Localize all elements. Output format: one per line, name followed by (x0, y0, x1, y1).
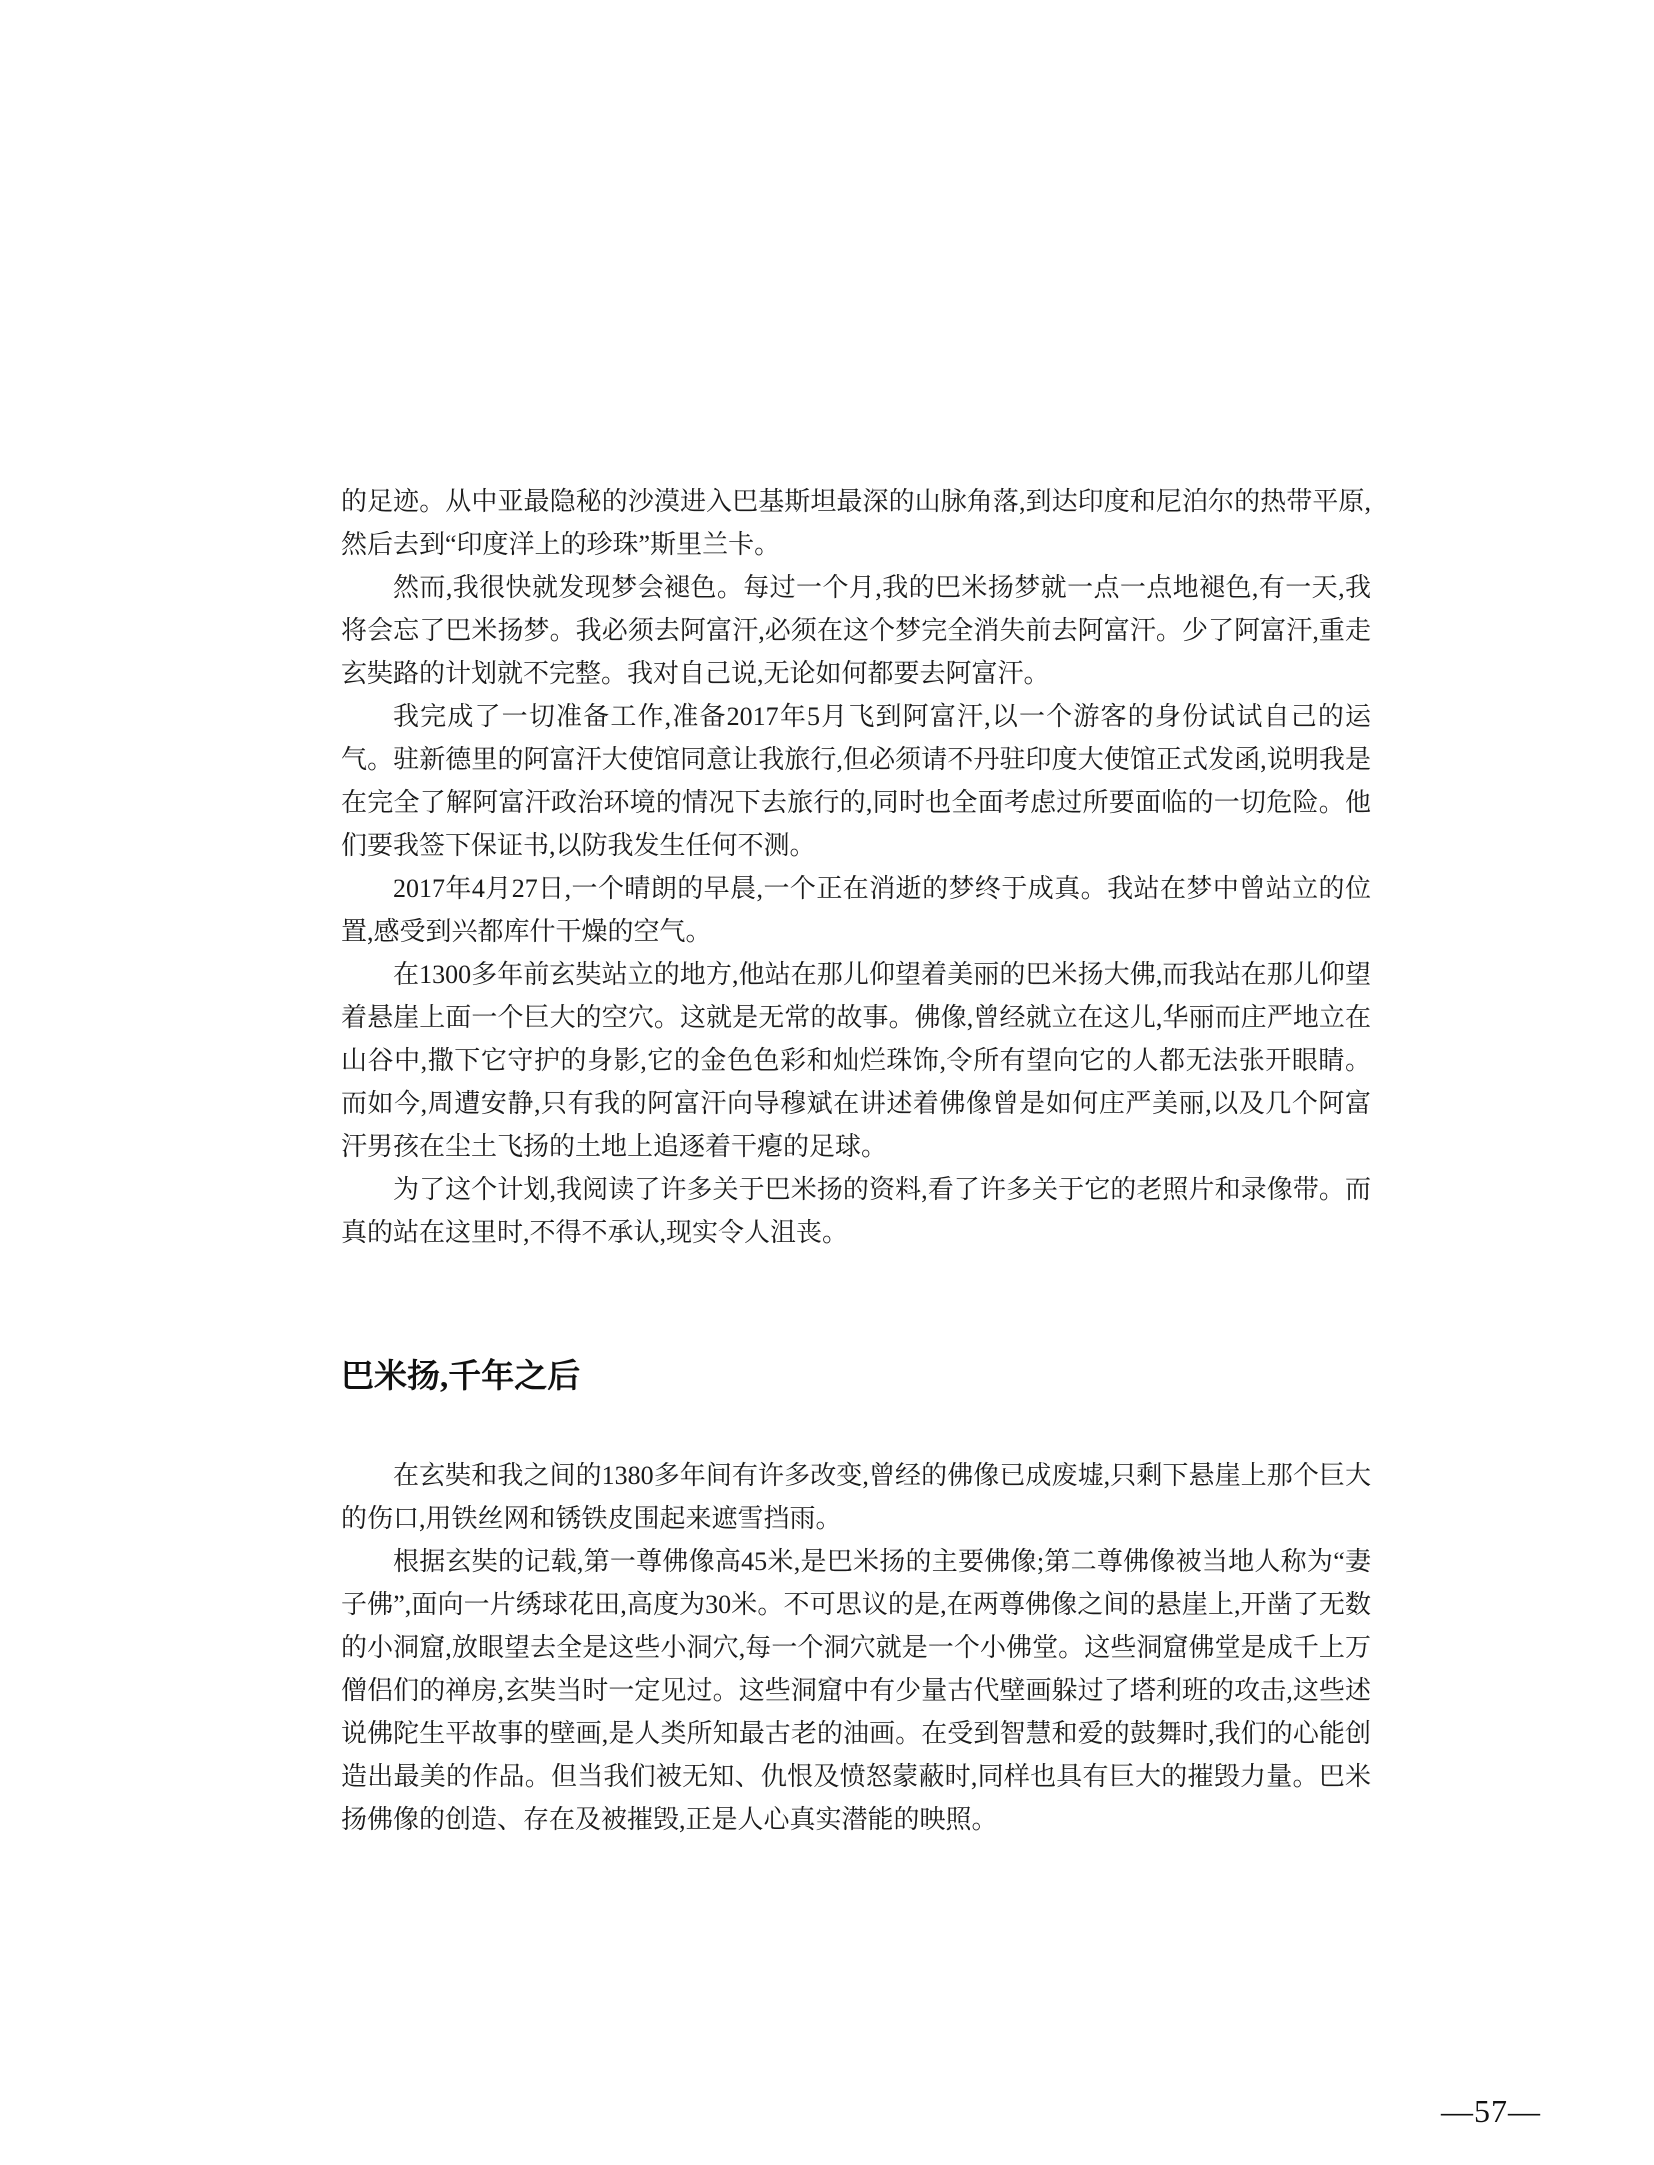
paragraph-continuation: 的足迹。从中亚最隐秘的沙漠进入巴基斯坦最深的山脉角落,到达印度和尼泊尔的热带平原… (341, 480, 1371, 566)
paragraph: 根据玄奘的记载,第一尊佛像高45米,是巴米扬的主要佛像;第二尊佛像被当地人称为“… (341, 1540, 1371, 1841)
text-block: 的足迹。从中亚最隐秘的沙漠进入巴基斯坦最深的山脉角落,到达印度和尼泊尔的热带平原… (341, 480, 1371, 1841)
paragraph: 在玄奘和我之间的1380多年间有许多改变,曾经的佛像已成废墟,只剩下悬崖上那个巨… (341, 1454, 1371, 1540)
page-number: —57— (1441, 2093, 1541, 2129)
section-heading: 巴米扬,千年之后 (341, 1354, 1371, 1400)
paragraph: 2017年4月27日,一个晴朗的早晨,一个正在消逝的梦终于成真。我站在梦中曾站立… (341, 867, 1371, 953)
paragraph: 在1300多年前玄奘站立的地方,他站在那儿仰望着美丽的巴米扬大佛,而我站在那儿仰… (341, 953, 1371, 1168)
document-page: 的足迹。从中亚最隐秘的沙漠进入巴基斯坦最深的山脉角落,到达印度和尼泊尔的热带平原… (0, 0, 1654, 2165)
paragraph: 我完成了一切准备工作,准备2017年5月飞到阿富汗,以一个游客的身份试试自己的运… (341, 695, 1371, 867)
paragraph: 然而,我很快就发现梦会褪色。每过一个月,我的巴米扬梦就一点一点地褪色,有一天,我… (341, 566, 1371, 695)
paragraph: 为了这个计划,我阅读了许多关于巴米扬的资料,看了许多关于它的老照片和录像带。而真… (341, 1168, 1371, 1254)
